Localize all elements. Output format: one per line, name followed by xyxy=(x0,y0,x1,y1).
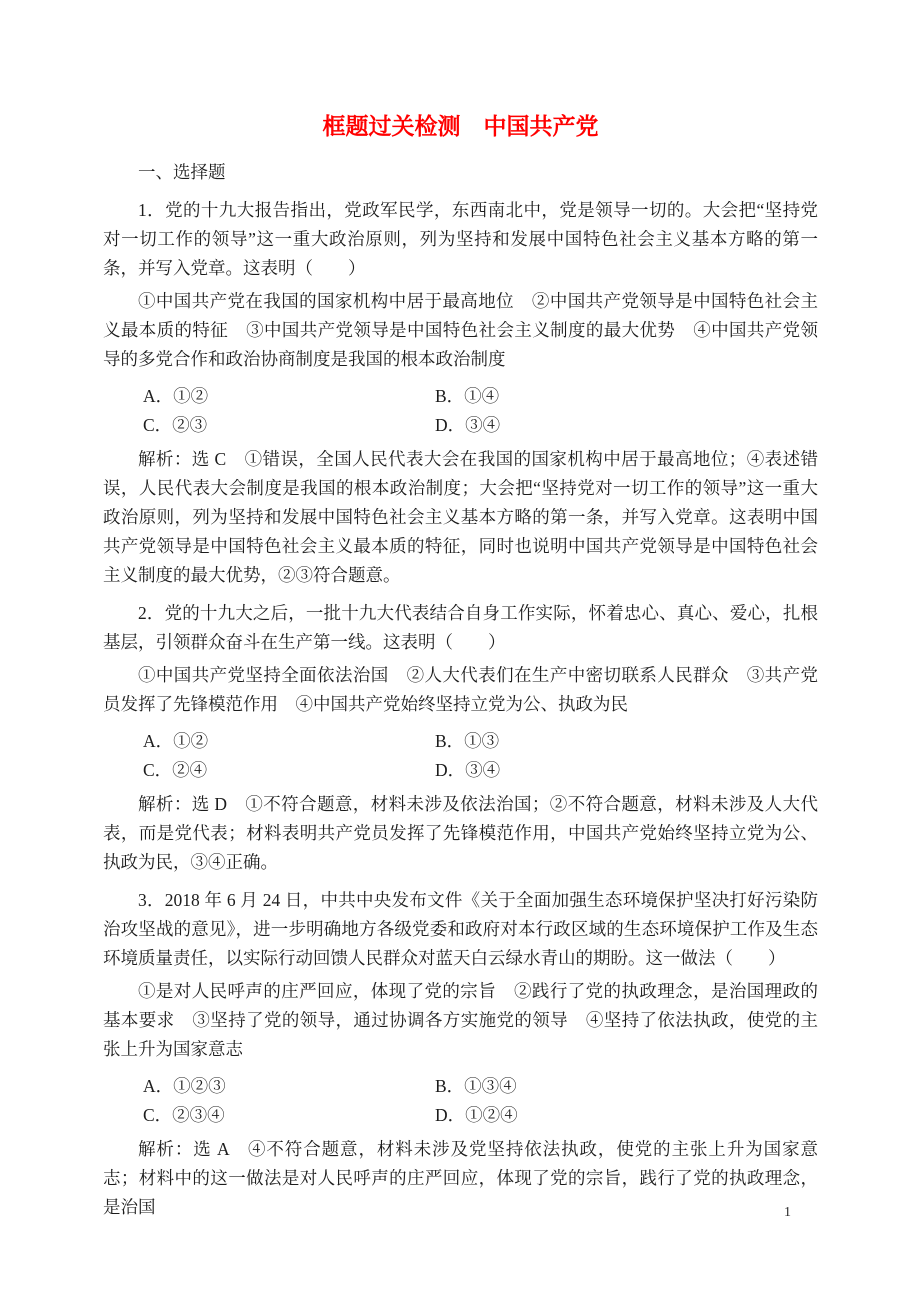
question-1-analysis: 解析：选 C ①错误，全国人民代表大会在我国的国家机构中居于最高地位；④表述错误… xyxy=(103,445,818,590)
question-1-option-c: C．②③ xyxy=(143,411,435,440)
question-2-option-c: C．②④ xyxy=(143,756,435,785)
question-1-options: A．①② B．①④ C．②③ D．③④ xyxy=(103,382,818,440)
question-1-option-b: B．①④ xyxy=(435,382,818,411)
question-1-option-d: D．③④ xyxy=(435,411,818,440)
question-1: 1．党的十九大报告指出，党政军民学，东西南北中，党是领导一切的。大会把“坚持党对… xyxy=(103,196,818,590)
question-3-choices: ①是对人民呼声的庄严回应，体现了党的宗旨 ②践行了党的执政理念，是治国理政的基本… xyxy=(103,977,818,1064)
question-3-options: A．①②③ B．①③④ C．②③④ D．①②④ xyxy=(103,1072,818,1130)
question-3-option-d: D．①②④ xyxy=(435,1101,818,1130)
question-1-stem: 1．党的十九大报告指出，党政军民学，东西南北中，党是领导一切的。大会把“坚持党对… xyxy=(103,196,818,283)
question-2: 2．党的十九大之后，一批十九大代表结合自身工作实际，怀着忠心、真心、爱心，扎根基… xyxy=(103,599,818,877)
page-number: 1 xyxy=(784,1204,791,1222)
question-2-option-b: B．①③ xyxy=(435,727,818,756)
question-2-choices: ①中国共产党坚持全面依法治国 ②人大代表们在生产中密切联系人民群众 ③共产党员发… xyxy=(103,661,818,719)
question-2-stem: 2．党的十九大之后，一批十九大代表结合自身工作实际，怀着忠心、真心、爱心，扎根基… xyxy=(103,599,818,657)
question-3-analysis: 解析：选 A ④不符合题意，材料未涉及党坚持依法执政，使党的主张上升为国家意志；… xyxy=(103,1135,818,1222)
question-2-option-d: D．③④ xyxy=(435,756,818,785)
document-content: 框题过关检测 中国共产党 一、选择题 1．党的十九大报告指出，党政军民学，东西南… xyxy=(103,112,818,1222)
question-3-option-a: A．①②③ xyxy=(143,1072,435,1101)
section-heading: 一、选择题 xyxy=(103,158,818,187)
question-1-choices: ①中国共产党在我国的国家机构中居于最高地位 ②中国共产党领导是中国特色社会主义最… xyxy=(103,287,818,374)
page-title: 框题过关检测 中国共产党 xyxy=(103,112,818,141)
question-3-stem: 3．2018 年 6 月 24 日，中共中央发布文件《关于全面加强生态环境保护坚… xyxy=(103,886,818,973)
question-1-option-a: A．①② xyxy=(143,382,435,411)
question-3-option-b: B．①③④ xyxy=(435,1072,818,1101)
question-3: 3．2018 年 6 月 24 日，中共中央发布文件《关于全面加强生态环境保护坚… xyxy=(103,886,818,1222)
question-2-options: A．①② B．①③ C．②④ D．③④ xyxy=(103,727,818,785)
question-3-option-c: C．②③④ xyxy=(143,1101,435,1130)
question-2-analysis: 解析：选 D ①不符合题意，材料未涉及依法治国；②不符合题意，材料未涉及人大代表… xyxy=(103,790,818,877)
question-2-option-a: A．①② xyxy=(143,727,435,756)
